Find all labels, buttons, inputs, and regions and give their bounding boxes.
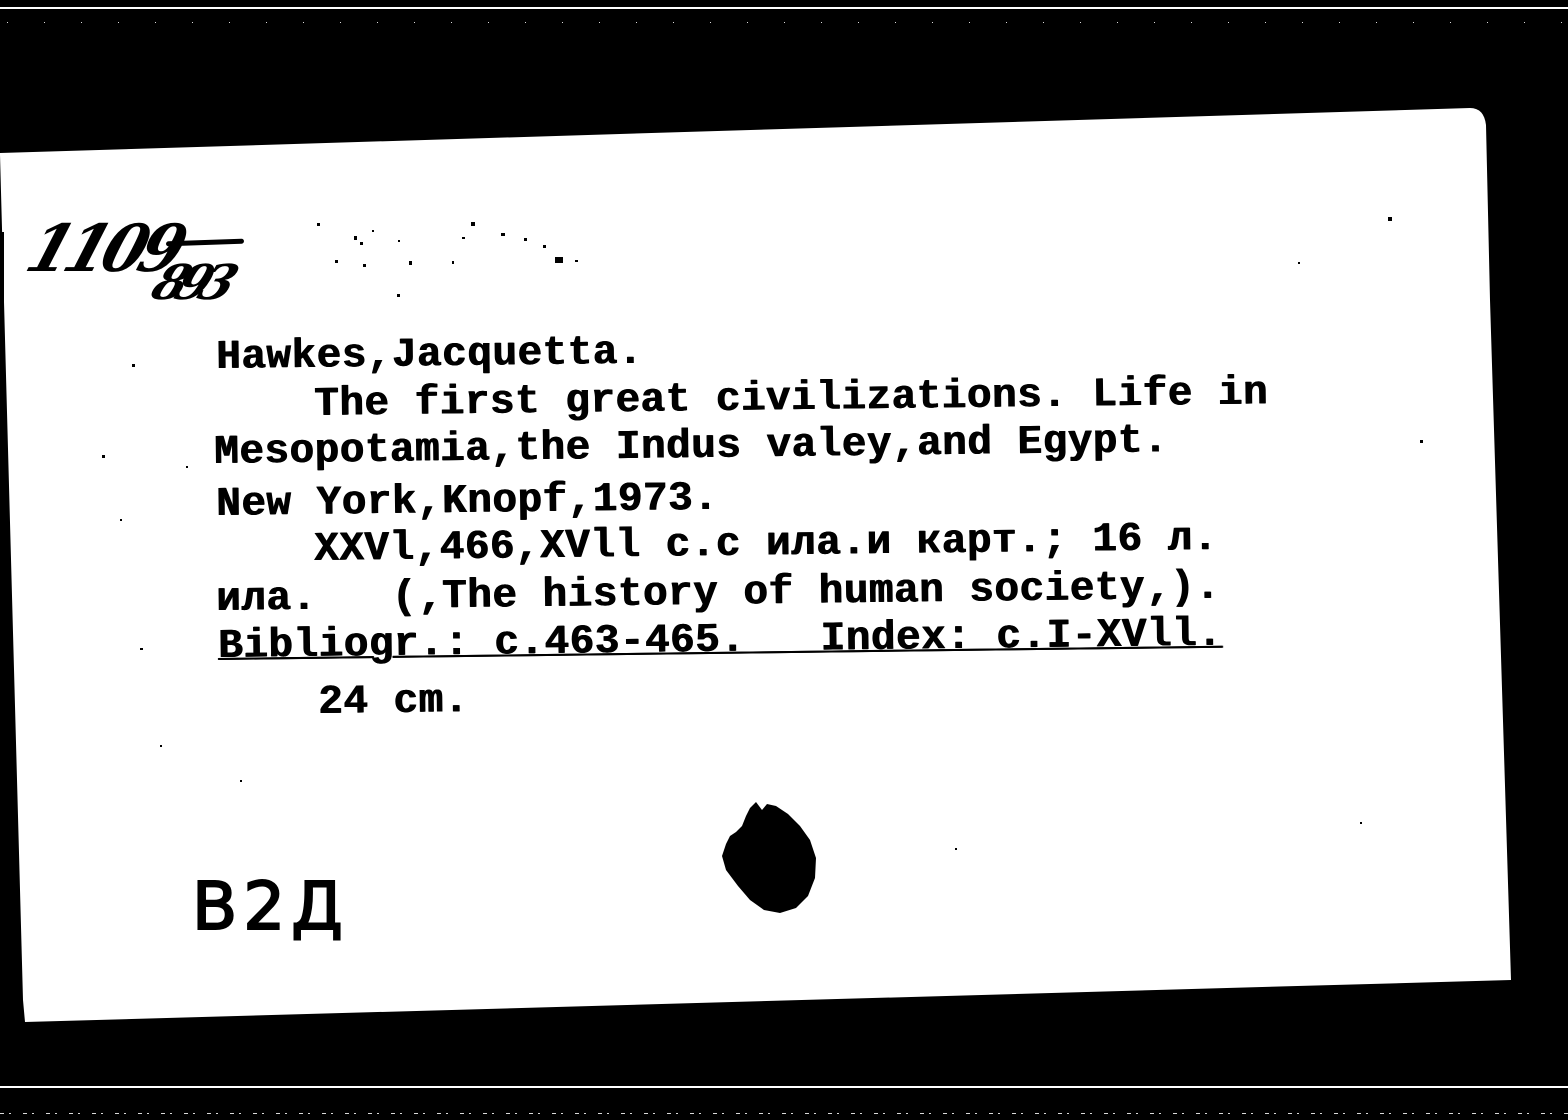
size-line: 24 cm. — [318, 681, 469, 724]
author-heading: Hawkes,Jacquetta. — [216, 333, 643, 379]
scan-bottom-noise — [0, 1113, 1568, 1114]
imprint: New York,Knopf,1973. — [216, 479, 719, 526]
scan-bottom-border — [0, 1086, 1568, 1088]
collation-line-1: XXVl,466,XVll c.c ила.и карт.; 16 л. — [314, 519, 1218, 571]
shelf-mark: B2Д — [192, 868, 349, 945]
punch-hole-icon — [720, 800, 818, 914]
catalog-card: 1109 893 Hawkes,Jacquetta. The first gre… — [0, 0, 1568, 1120]
